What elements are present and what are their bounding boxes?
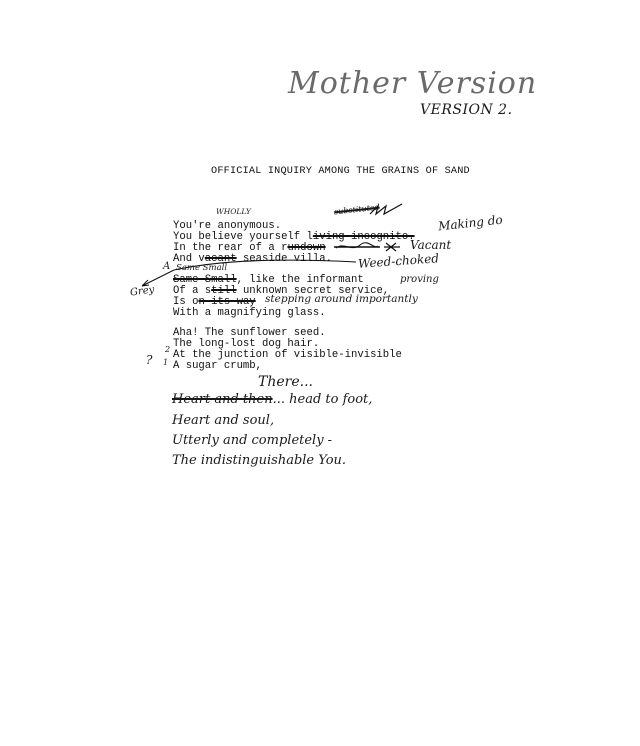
poem-title: OFFICIAL INQUIRY AMONG THE GRAINS OF SAN… <box>211 166 470 177</box>
version-label: VERSION 2. <box>420 102 513 118</box>
annotation-making-do: Making do <box>437 213 503 234</box>
handwritten-line-1: Heart and then... head to foot, <box>172 392 372 407</box>
handwritten-line-4: The indistinguishable You. <box>172 453 346 468</box>
manuscript-page: Mother Version VERSION 2. OFFICIAL INQUI… <box>0 0 640 746</box>
annotation-vacant: Vacant <box>410 238 451 252</box>
handwritten-line-2: Heart and soul, <box>172 413 274 428</box>
crossed-out-words <box>334 240 404 254</box>
annotation-wholly: WHOLLY <box>216 207 251 216</box>
annotation-same-small: Same Small <box>176 263 227 273</box>
annotation-num-2: 2 <box>165 345 170 354</box>
annotation-grey: Grey <box>129 284 155 298</box>
annotation-weed-choked: Weed-choked <box>358 251 440 271</box>
handwritten-line-3: Utterly and completely - <box>172 433 332 448</box>
handwritten-title: Mother Version <box>288 66 537 101</box>
annotation-proving: proving <box>400 274 439 285</box>
handwritten-line-1-text: ... head to foot, <box>273 392 373 407</box>
handwritten-line-1-struck: Heart and then <box>172 392 273 407</box>
handwritten-there: There... <box>258 374 313 390</box>
annotation-question: ? <box>146 353 152 367</box>
scribble-mark <box>368 202 404 218</box>
annotation-num-1: 1 <box>163 358 168 367</box>
line-8: With a magnifying glass. <box>173 307 326 319</box>
line-12: A sugar crumb, <box>173 360 262 372</box>
annotation-stepping: stepping around importantly <box>265 293 418 305</box>
